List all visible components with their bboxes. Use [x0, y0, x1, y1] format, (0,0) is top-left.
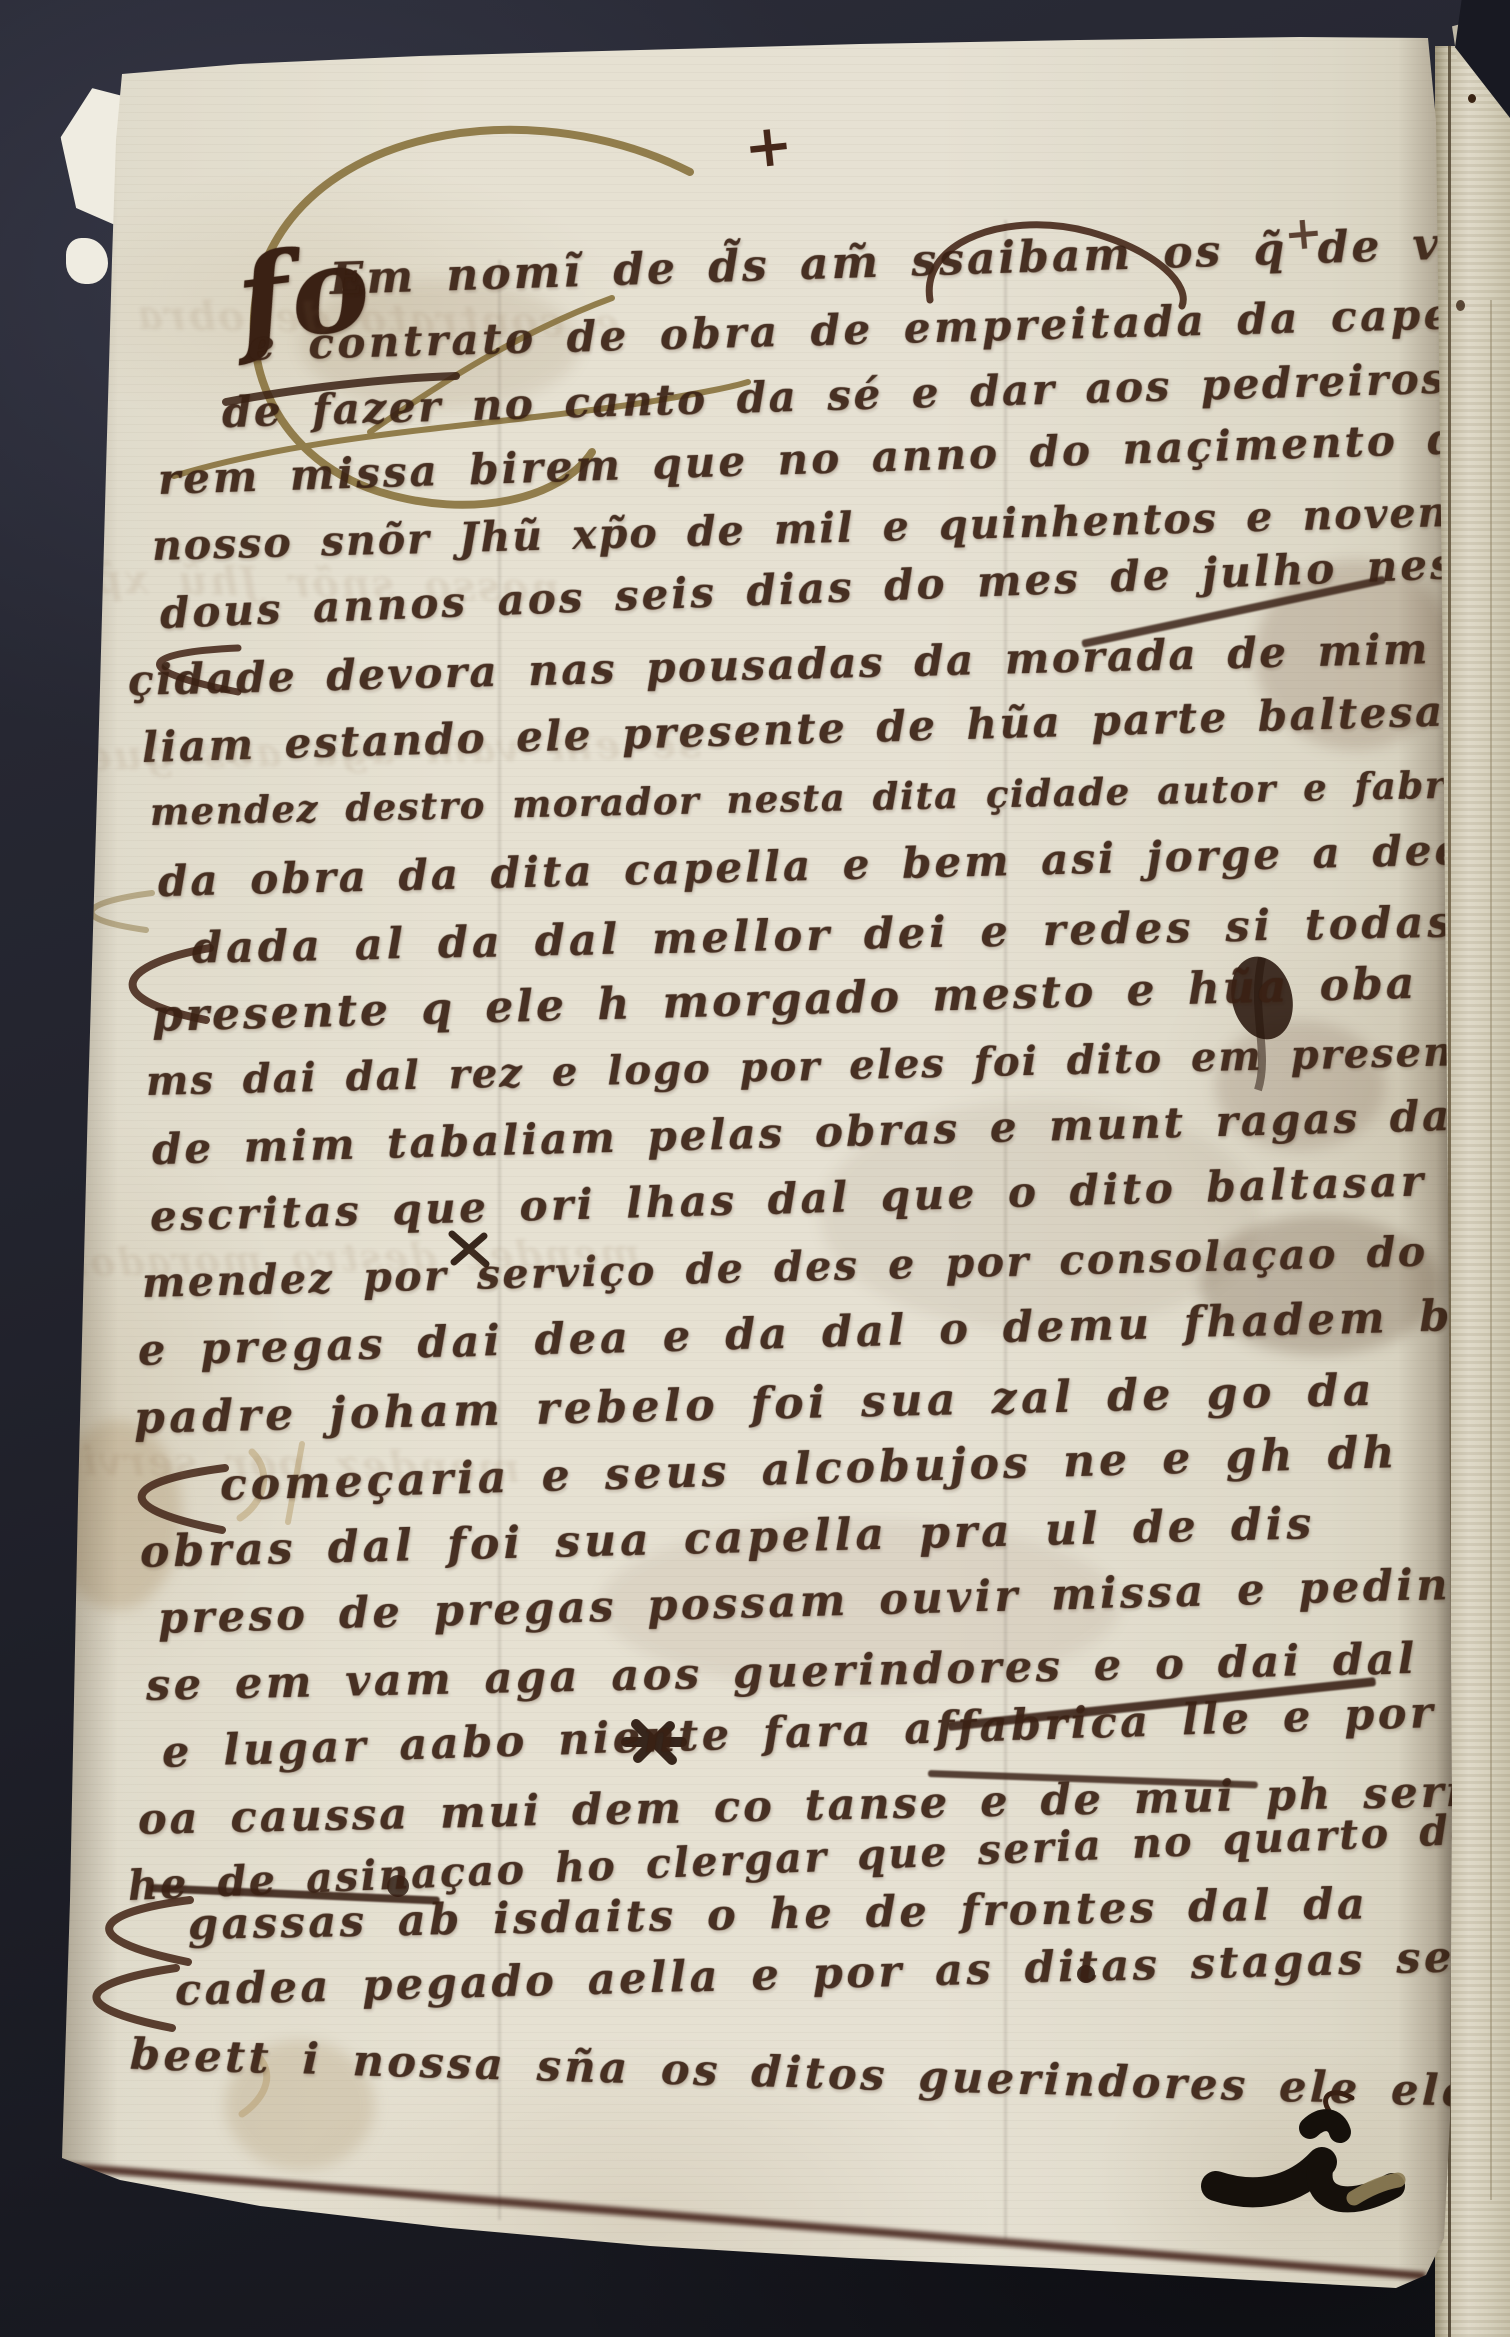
- page-left-edge-shadow: [62, 60, 118, 2170]
- edge-stain-dot: [1456, 300, 1465, 311]
- cross-mark-top: +: [741, 110, 796, 183]
- edge-stain-dot: [1468, 94, 1476, 103]
- manuscript-page: + + fo Em nomĩ de d̃s am̃ ssaibam os q̃ …: [0, 0, 1510, 2337]
- manuscript-photo: + + fo Em nomĩ de d̃s am̃ ssaibam os q̃ …: [0, 0, 1510, 2337]
- torn-paper-chip-small: [66, 238, 108, 284]
- page-gap-crack-2: [1490, 300, 1492, 2200]
